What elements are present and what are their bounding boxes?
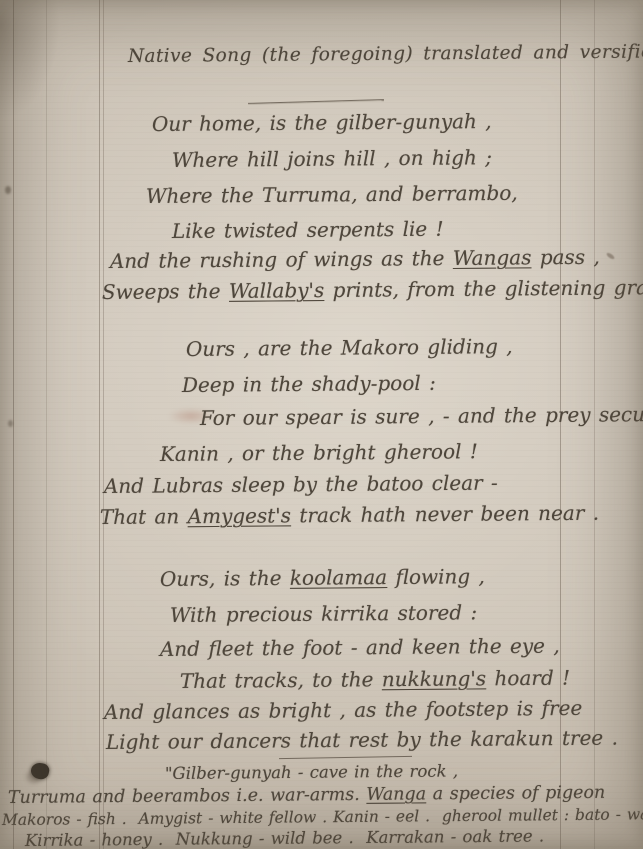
paper-spot	[8, 420, 13, 427]
underlined-word: Amygest's	[187, 503, 291, 528]
poem-line: And glances as bright , as the footstep …	[104, 696, 583, 724]
paper-spot	[5, 186, 11, 194]
poem-line: Our home, is the gilber-gunyah ,	[152, 109, 492, 136]
ink-blot-stain	[30, 761, 51, 780]
poem-line-segment: pass ,	[531, 245, 600, 270]
corner-stain	[0, 0, 60, 120]
poem-line: And fleet the foot - and keen the eye ,	[160, 634, 560, 661]
footnote-segment: a species of pigeon	[426, 783, 605, 805]
paper-spot	[606, 252, 616, 260]
footnote-segment: Turruma and beerambos i.e. war-arms.	[8, 785, 367, 808]
poem-line-segment: track hath never been near .	[291, 501, 599, 528]
poem-line: Light our dancers that rest by the karak…	[106, 726, 618, 754]
poem-line-segment: That tracks, to the	[180, 667, 382, 693]
poem-line-segment: And the rushing of wings as the	[110, 246, 453, 273]
poem-line-segment: Ours, is the	[160, 566, 290, 591]
poem-line: Ours, is the koolamaa flowing ,	[160, 564, 485, 591]
poem-line: Where hill joins hill , on high ;	[172, 145, 492, 172]
manuscript-page: Native Song (the foregoing) translated a…	[0, 0, 643, 849]
underlined-word: Wangas	[453, 245, 532, 270]
poem-line: Sweeps the Wallaby's prints, from the gl…	[102, 275, 643, 304]
underlined-word: koolamaa	[290, 565, 388, 590]
poem-line-segment: hoard !	[486, 666, 570, 691]
ruled-margin-line	[13, 0, 14, 849]
poem-line-segment: prints, from the glistening grass	[324, 275, 643, 302]
poem-line: That an Amygest's track hath never been …	[100, 501, 599, 529]
title-underline-divider	[248, 99, 384, 104]
poem-line-segment: That an	[100, 504, 188, 529]
poem-line-segment: flowing ,	[387, 564, 485, 589]
poem-line: And the rushing of wings as the Wangas p…	[110, 245, 600, 273]
poem-line: Where the Turruma, and berrambo,	[146, 181, 518, 208]
underlined-word: Wanga	[366, 784, 426, 805]
poem-line: For our spear is sure , - and the prey s…	[200, 402, 643, 430]
underlined-word: Wallaby's	[229, 278, 325, 303]
ruled-margin-line	[46, 0, 47, 849]
footnote-divider-line	[279, 756, 412, 759]
footnote-line: Turruma and beerambos i.e. war-arms. Wan…	[8, 783, 606, 808]
poem-line: With precious kirrika stored :	[170, 600, 477, 627]
poem-line: Like twisted serpents lie !	[172, 217, 444, 243]
poem-line: And Lubras sleep by the batoo clear -	[104, 471, 498, 498]
poem-line-segment: Sweeps the	[102, 279, 229, 304]
footnote-line: Kirrika - honey . Nukkung - wild bee . K…	[25, 826, 544, 849]
underlined-word: nukkung's	[382, 666, 487, 691]
footnote-line: "Gilber-gunyah - cave in the rock ,	[165, 761, 458, 783]
poem-title: Native Song (the foregoing) translated a…	[128, 41, 643, 67]
ruled-margin-line	[99, 0, 100, 849]
poem-line: That tracks, to the nukkung's hoard !	[180, 666, 570, 693]
poem-line: Ours , are the Makoro gliding ,	[186, 334, 513, 361]
poem-line: Deep in the shady-pool :	[182, 371, 436, 397]
poem-line: Kanin , or the bright gherool !	[160, 439, 478, 466]
